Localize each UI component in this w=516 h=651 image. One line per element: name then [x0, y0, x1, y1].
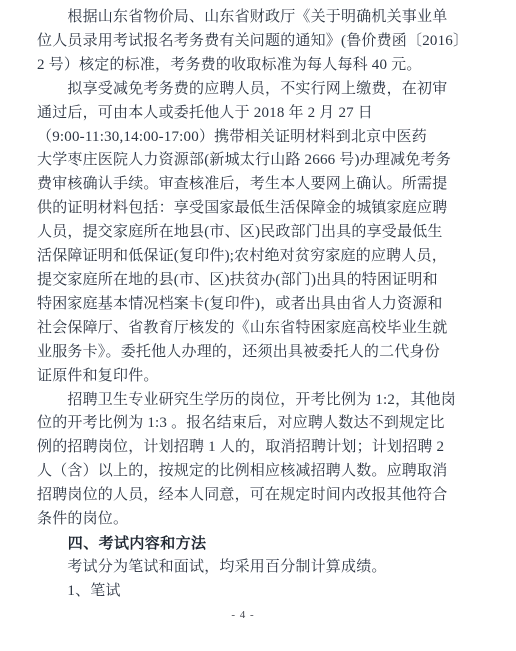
text-line: 业服务卡》。委托他人办理的，还须出具被委托人的二代身份 [37, 341, 469, 365]
text-line: 1、笔试 [37, 580, 469, 604]
text-line: 人员，提交家庭所在地县(市、区)民政部门出具的享受最低生 [37, 221, 469, 245]
para-exam-method: 考试分为笔试和面试，均采用百分制计算成绩。 [37, 556, 469, 580]
document-body: 根据山东省物价局、山东省财政厅《关于明确机关事业单位人员录用考试报名考务费有关问… [37, 6, 469, 604]
text-line: 条件的岗位。 [37, 508, 469, 532]
text-line: 供的证明材料包括：享受国家最低生活保障金的城镇家庭应聘 [37, 197, 469, 221]
text-line: 位的开考比例为 1:3 。报名结束后，对应聘人数达不到规定比 [37, 412, 469, 436]
text-line: 人（含）以上的，按规定的比例相应核减招聘人数。应聘取消 [37, 460, 469, 484]
text-line: 招聘卫生专业研究生学历的岗位，开考比例为 1:2，其他岗 [37, 389, 469, 413]
text-line: 考试分为笔试和面试，均采用百分制计算成绩。 [37, 556, 469, 580]
text-line: 根据山东省物价局、山东省财政厅《关于明确机关事业单 [37, 6, 469, 30]
para-fee-reduction-procedure: 拟享受减免考务费的应聘人员，不实行网上缴费，在初审通过后，可由本人或委托他人于 … [37, 78, 469, 389]
text-line: 社会保障厅、省教育厅核发的《山东省特困家庭高校毕业生就 [37, 317, 469, 341]
document-page: 根据山东省物价局、山东省财政厅《关于明确机关事业单位人员录用考试报名考务费有关问… [0, 0, 516, 651]
text-line: 大学枣庄医院人力资源部(新城太行山路 2666 号)办理减免考务 [37, 149, 469, 173]
text-line: 特困家庭基本情况档案卡(复印件)，或者出具由省人力资源和 [37, 293, 469, 317]
text-line: 活保障证明和低保证(复印件);农村绝对贫穷家庭的应聘人员， [37, 245, 469, 269]
text-line: 证原件和复印件。 [37, 365, 469, 389]
text-line: 例的招聘岗位，计划招聘 1 人的，取消招聘计划；计划招聘 2 [37, 436, 469, 460]
text-line: 通过后，可由本人或委托他人于 2018 年 2 月 27 日 [37, 102, 469, 126]
heading-section-four: 四、考试内容和方法 [37, 532, 469, 556]
para-fee-standard: 根据山东省物价局、山东省财政厅《关于明确机关事业单位人员录用考试报名考务费有关问… [37, 6, 469, 78]
text-line: 2 号）核定的标准，考务费的收取标准为每人每科 40 元。 [37, 54, 469, 78]
text-line: 提交家庭所在地的县(市、区)扶贫办(部门)出具的特困证明和 [37, 269, 469, 293]
text-line: （9:00-11:30,14:00-17:00）携带相关证明材料到北京中医药 [37, 126, 469, 150]
para-exam-ratio: 招聘卫生专业研究生学历的岗位，开考比例为 1:2，其他岗位的开考比例为 1:3 … [37, 389, 469, 532]
text-line: 四、考试内容和方法 [37, 532, 469, 556]
para-written-test: 1、笔试 [37, 580, 469, 604]
text-line: 拟享受减免考务费的应聘人员，不实行网上缴费，在初审 [37, 78, 469, 102]
text-line: 招聘岗位的人员，经本人同意，可在规定时间内改报其他符合 [37, 484, 469, 508]
text-line: 位人员录用考试报名考务费有关问题的通知》(鲁价费函〔2016〕 [37, 30, 469, 54]
text-line: 费审核确认手续。审查核准后，考生本人要网上确认。所需提 [37, 173, 469, 197]
page-number: - 4 - [37, 609, 449, 621]
